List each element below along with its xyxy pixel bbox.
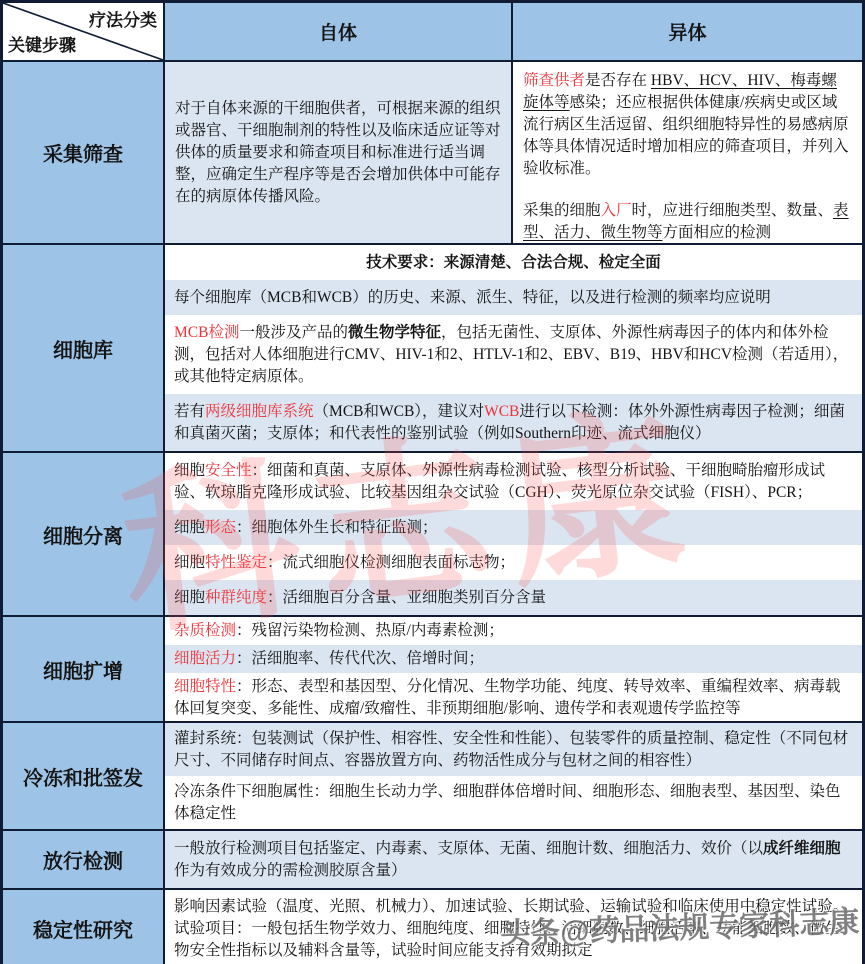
merged-cell: 细胞安全性：细菌和真菌、支原体、外源性病毒检测试验、核型分析试验、干细胞畸胎瘤形… (165, 453, 862, 615)
text-run: 细胞 (174, 519, 205, 536)
text-run: 感染；还应根据供体健康/疾病史或区域流行病区生活逗留、组织细胞特异性的易感病原体… (523, 94, 849, 177)
text-run: WCB (484, 403, 519, 420)
row-content: 细胞安全性：细菌和真菌、支原体、外源性病毒检测试验、核型分析试验、干细胞畸胎瘤形… (165, 453, 862, 615)
merged-cell: 杂质检测：残留污染物检测、热原/内毒素检测；细胞活力：活细胞率、传代代次、倍增时… (165, 617, 862, 721)
paragraph: 技术要求：来源清楚、合法合规、检定全面 (366, 252, 661, 274)
segment-band: 若有两级细胞库系统（MCB和WCB），建议对WCB进行以下检测：体外外源性病毒因… (165, 394, 862, 451)
paragraph: 采集的细胞入厂时，应进行细胞类型、数量、表型、活力、微生物等方面相应的检测 (523, 200, 852, 244)
text-run: ：细胞体外生长和特征监测； (236, 519, 438, 536)
table-row: 采集筛查对于自体来源的干细胞供者，可根据来源的组织或器官、干细胞制剂的特性以及临… (3, 60, 862, 243)
table-row: 稳定性研究影响因素试验（温度、光照、机械力）、加速试验、长期试验、运输试验和临床… (3, 888, 862, 964)
text-run: ：活细胞百分含量、亚细胞类别百分含量 (267, 589, 546, 606)
row-label: 细胞扩增 (3, 617, 165, 721)
text-run: 一般涉及产品的 (239, 324, 348, 341)
text-run: 杂质检测 (174, 622, 236, 639)
table-row: 冷冻和批签发灌封系统：包装测试（保护性、相容性、安全性和性能）、包装零件的质量控… (3, 721, 862, 829)
paragraph: 每个细胞库（MCB和WCB）的历史、来源、派生、特征，以及进行检测的频率均应说明 (174, 287, 771, 309)
merged-cell: 灌封系统：包装测试（保护性、相容性、安全性和性能）、包装零件的质量控制、稳定性（… (165, 723, 862, 829)
table-header-row: 疗法分类 关键步骤 自体 异体 (3, 3, 862, 60)
corner-label-therapy-type: 疗法分类 (89, 6, 157, 31)
text-run: 对于自体来源的干细胞供者，可根据来源的组织或器官、干细胞制剂的特性以及临床适应证… (175, 100, 501, 205)
paragraph: 细胞安全性：细菌和真菌、支原体、外源性病毒检测试验、核型分析试验、干细胞畸胎瘤形… (174, 460, 853, 504)
text-run: 一般放行检测项目包括鉴定、内毒素、支原体、无菌、细胞计数、细胞活力、效价（以 (174, 840, 763, 857)
row-label: 细胞库 (3, 245, 165, 451)
paragraph: 冷冻条件下细胞属性：细胞生长动力学、细胞群体倍增时间、细胞形态、细胞表型、基因型… (174, 781, 853, 825)
text-run: 微生物学特征 (348, 324, 441, 341)
paragraph: 细胞形态：细胞体外生长和特征监测； (174, 517, 438, 539)
paragraph: 细胞活力：活细胞率、传代代次、倍增时间； (174, 648, 484, 670)
text-run: 安全性 (205, 462, 252, 479)
row-content: 对于自体来源的干细胞供者，可根据来源的组织或器官、干细胞制剂的特性以及临床适应证… (165, 62, 862, 243)
segment-band: 每个细胞库（MCB和WCB）的历史、来源、派生、特征，以及进行检测的频率均应说明 (165, 280, 862, 315)
segment-band: 影响因素试验（温度、光照、机械力）、加速试验、长期试验、运输试验和临床使用中稳定… (165, 890, 862, 964)
text-run: 细胞特性 (174, 678, 236, 695)
text-run: 种群纯度 (205, 589, 267, 606)
segment-band: 技术要求：来源清楚、合法合规、检定全面 (165, 245, 862, 280)
text-run: 采集的细胞 (523, 202, 601, 219)
paragraph: 细胞特性鉴定：流式细胞仪检测细胞表面标志物； (174, 552, 515, 574)
paragraph: 细胞种群纯度：活细胞百分含量、亚细胞类别百分含量 (174, 587, 546, 609)
paragraph: 灌封系统：包装测试（保护性、相容性、安全性和性能）、包装零件的质量控制、稳定性（… (174, 728, 853, 772)
segment-band: 细胞特性：形态、表型和基因型、分化情况、生物学功能、纯度、转导效率、重编程效率、… (165, 673, 862, 723)
text-run: 细胞 (174, 462, 205, 479)
text-run: ：活细胞率、传代代次、倍增时间； (236, 650, 484, 667)
row-label: 放行检测 (3, 831, 165, 888)
text-run: ：形态、表型和基因型、分化情况、生物学功能、纯度、转导效率、重编程效率、病毒载体… (174, 678, 841, 717)
row-content: 技术要求：来源清楚、合法合规、检定全面每个细胞库（MCB和WCB）的历史、来源、… (165, 245, 862, 451)
text-run: 细胞 (174, 554, 205, 571)
segment-band: 细胞形态：细胞体外生长和特征监测； (165, 510, 862, 545)
text-run: ：流式细胞仪检测细胞表面标志物； (267, 554, 515, 571)
row-content: 一般放行检测项目包括鉴定、内毒素、支原体、无菌、细胞计数、细胞活力、效价（以成纤… (165, 831, 862, 888)
paragraph: 对于自体来源的干细胞供者，可根据来源的组织或器官、干细胞制剂的特性以及临床适应证… (175, 98, 501, 208)
text-run: 细胞 (174, 589, 205, 606)
paragraph: 筛查供者是否存在 HBV、HCV、HIV、梅毒螺旋体等感染；还应根据供体健康/疾… (523, 70, 852, 180)
text-run: 作为有效成分的需检测胶原含量） (174, 862, 407, 879)
paragraph: 影响因素试验（温度、光照、机械力）、加速试验、长期试验、运输试验和临床使用中稳定… (174, 896, 853, 962)
corner-cell: 疗法分类 关键步骤 (3, 3, 165, 60)
text-run: MCB检测 (174, 324, 239, 341)
text-run: ：细菌和真菌、支原体、外源性病毒检测试验、核型分析试验、干细胞畸胎瘤形成试验、软… (174, 462, 825, 501)
text-run: 形态 (205, 519, 236, 536)
text-run: ：残留污染物检测、热原/内毒素检测； (236, 622, 504, 639)
row-content: 灌封系统：包装测试（保护性、相容性、安全性和性能）、包装零件的质量控制、稳定性（… (165, 723, 862, 829)
text-run: 两级细胞库系统 (205, 403, 314, 420)
text-run: 技术要求：来源清楚、合法合规、检定全面 (366, 254, 661, 271)
corner-label-key-steps: 关键步骤 (8, 31, 76, 56)
text-run: 影响因素试验（温度、光照、机械力）、加速试验、长期试验、运输试验和临床使用中稳定… (174, 898, 848, 959)
text-run: 冷冻条件下细胞属性：细胞生长动力学、细胞群体倍增时间、细胞形态、细胞表型、基因型… (174, 783, 841, 822)
table-row: 放行检测一般放行检测项目包括鉴定、内毒素、支原体、无菌、细胞计数、细胞活力、效价… (3, 829, 862, 888)
segment-band: 细胞活力：活细胞率、传代代次、倍增时间； (165, 645, 862, 673)
column-header-allogeneic: 异体 (513, 3, 862, 60)
text-run: 入厂 (601, 202, 632, 219)
allogeneic-cell: 筛查供者是否存在 HBV、HCV、HIV、梅毒螺旋体等感染；还应根据供体健康/疾… (513, 62, 862, 243)
segment-band: 细胞安全性：细菌和真菌、支原体、外源性病毒检测试验、核型分析试验、干细胞畸胎瘤形… (165, 453, 862, 510)
paragraph: 一般放行检测项目包括鉴定、内毒素、支原体、无菌、细胞计数、细胞活力、效价（以成纤… (174, 838, 853, 882)
row-label: 采集筛查 (3, 62, 165, 243)
segment-band: 杂质检测：残留污染物检测、热原/内毒素检测； (165, 617, 862, 645)
text-run: 方面相应的检测 (663, 224, 772, 241)
text-run: 筛查供者 (523, 72, 585, 89)
text-run: 灌封系统：包装测试（保护性、相容性、安全性和性能）、包装零件的质量控制、稳定性（… (174, 730, 848, 769)
segment-band: 细胞种群纯度：活细胞百分含量、亚细胞类别百分含量 (165, 580, 862, 615)
text-run: 时，应进行细胞类型、数量、 (632, 202, 834, 219)
table-row: 细胞分离细胞安全性：细菌和真菌、支原体、外源性病毒检测试验、核型分析试验、干细胞… (3, 451, 862, 615)
paragraph: MCB检测一般涉及产品的微生物学特征，包括无菌性、支原体、外源性病毒因子的体内和… (174, 322, 853, 388)
row-label: 细胞分离 (3, 453, 165, 615)
text-run: 细胞活力 (174, 650, 236, 667)
text-run: 特性鉴定 (205, 554, 267, 571)
segment-band: 冷冻条件下细胞属性：细胞生长动力学、细胞群体倍增时间、细胞形态、细胞表型、基因型… (165, 776, 862, 829)
autologous-cell: 对于自体来源的干细胞供者，可根据来源的组织或器官、干细胞制剂的特性以及临床适应证… (165, 62, 513, 243)
table-row: 细胞扩增杂质检测：残留污染物检测、热原/内毒素检测；细胞活力：活细胞率、传代代次… (3, 615, 862, 721)
merged-cell: 影响因素试验（温度、光照、机械力）、加速试验、长期试验、运输试验和临床使用中稳定… (165, 890, 862, 964)
paragraph: 杂质检测：残留污染物检测、热原/内毒素检测； (174, 620, 504, 642)
therapy-steps-table: 疗法分类 关键步骤 自体 异体 采集筛查对于自体来源的干细胞供者，可根据来源的组… (0, 0, 865, 964)
merged-cell: 一般放行检测项目包括鉴定、内毒素、支原体、无菌、细胞计数、细胞活力、效价（以成纤… (165, 831, 862, 888)
row-label: 稳定性研究 (3, 890, 165, 964)
text-run: 是否存在 (585, 72, 651, 89)
segment-band: 细胞特性鉴定：流式细胞仪检测细胞表面标志物； (165, 545, 862, 580)
row-content: 杂质检测：残留污染物检测、热原/内毒素检测；细胞活力：活细胞率、传代代次、倍增时… (165, 617, 862, 721)
column-header-autologous: 自体 (165, 3, 513, 60)
text-run: 若有 (174, 403, 205, 420)
text-run: 成纤维细胞 (763, 840, 841, 857)
row-content: 影响因素试验（温度、光照、机械力）、加速试验、长期试验、运输试验和临床使用中稳定… (165, 890, 862, 964)
paragraph: 细胞特性：形态、表型和基因型、分化情况、生物学功能、纯度、转导效率、重编程效率、… (174, 676, 853, 720)
segment-band: 灌封系统：包装测试（保护性、相容性、安全性和性能）、包装零件的质量控制、稳定性（… (165, 723, 862, 776)
text-run: （MCB和WCB），建议对 (314, 403, 485, 420)
paragraph: 若有两级细胞库系统（MCB和WCB），建议对WCB进行以下检测：体外外源性病毒因… (174, 401, 853, 445)
segment-band: MCB检测一般涉及产品的微生物学特征，包括无菌性、支原体、外源性病毒因子的体内和… (165, 315, 862, 394)
row-label: 冷冻和批签发 (3, 723, 165, 829)
table-row: 细胞库技术要求：来源清楚、合法合规、检定全面每个细胞库（MCB和WCB）的历史、… (3, 243, 862, 451)
segment-band: 一般放行检测项目包括鉴定、内毒素、支原体、无菌、细胞计数、细胞活力、效价（以成纤… (165, 831, 862, 888)
text-run: 每个细胞库（MCB和WCB）的历史、来源、派生、特征，以及进行检测的频率均应说明 (174, 289, 771, 306)
merged-cell: 技术要求：来源清楚、合法合规、检定全面每个细胞库（MCB和WCB）的历史、来源、… (165, 245, 862, 451)
